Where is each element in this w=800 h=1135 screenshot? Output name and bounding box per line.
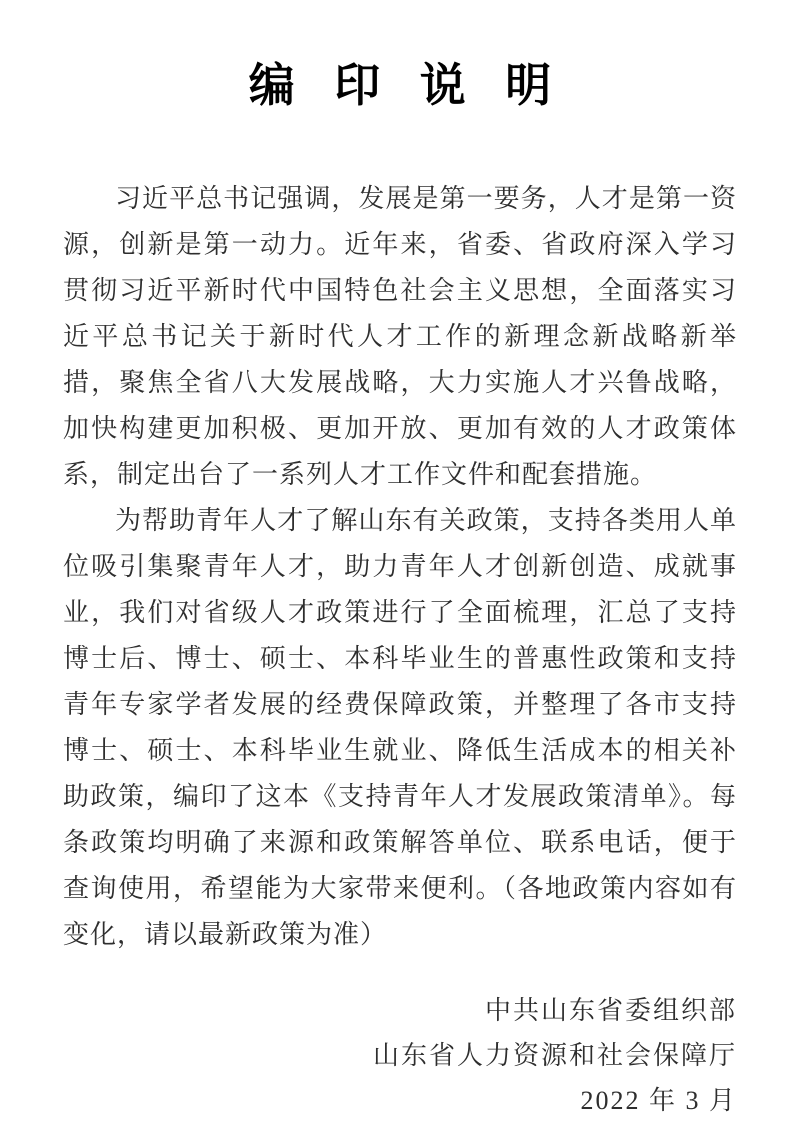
page-title: 编 印 说 明 bbox=[0, 60, 800, 112]
document-page: 编 印 说 明 习近平总书记强调，发展是第一要务，人才是第一资源，创新是第一动力… bbox=[0, 0, 800, 1135]
document-body: 习近平总书记强调，发展是第一要务，人才是第一资源，创新是第一动力。近年来，省委、… bbox=[63, 176, 737, 958]
signature-date: 2022 年 3 月 bbox=[63, 1078, 737, 1123]
signature-org-secondary: 山东省人力资源和社会保障厅 bbox=[63, 1033, 737, 1078]
signature-org-primary: 中共山东省委组织部 bbox=[63, 988, 737, 1033]
signature-block: 中共山东省委组织部 山东省人力资源和社会保障厅 2022 年 3 月 bbox=[63, 988, 737, 1123]
paragraph-purpose: 为帮助青年人才了解山东有关政策，支持各类用人单位吸引集聚青年人才，助力青年人才创… bbox=[63, 498, 737, 958]
paragraph-intro: 习近平总书记强调，发展是第一要务，人才是第一资源，创新是第一动力。近年来，省委、… bbox=[63, 176, 737, 498]
